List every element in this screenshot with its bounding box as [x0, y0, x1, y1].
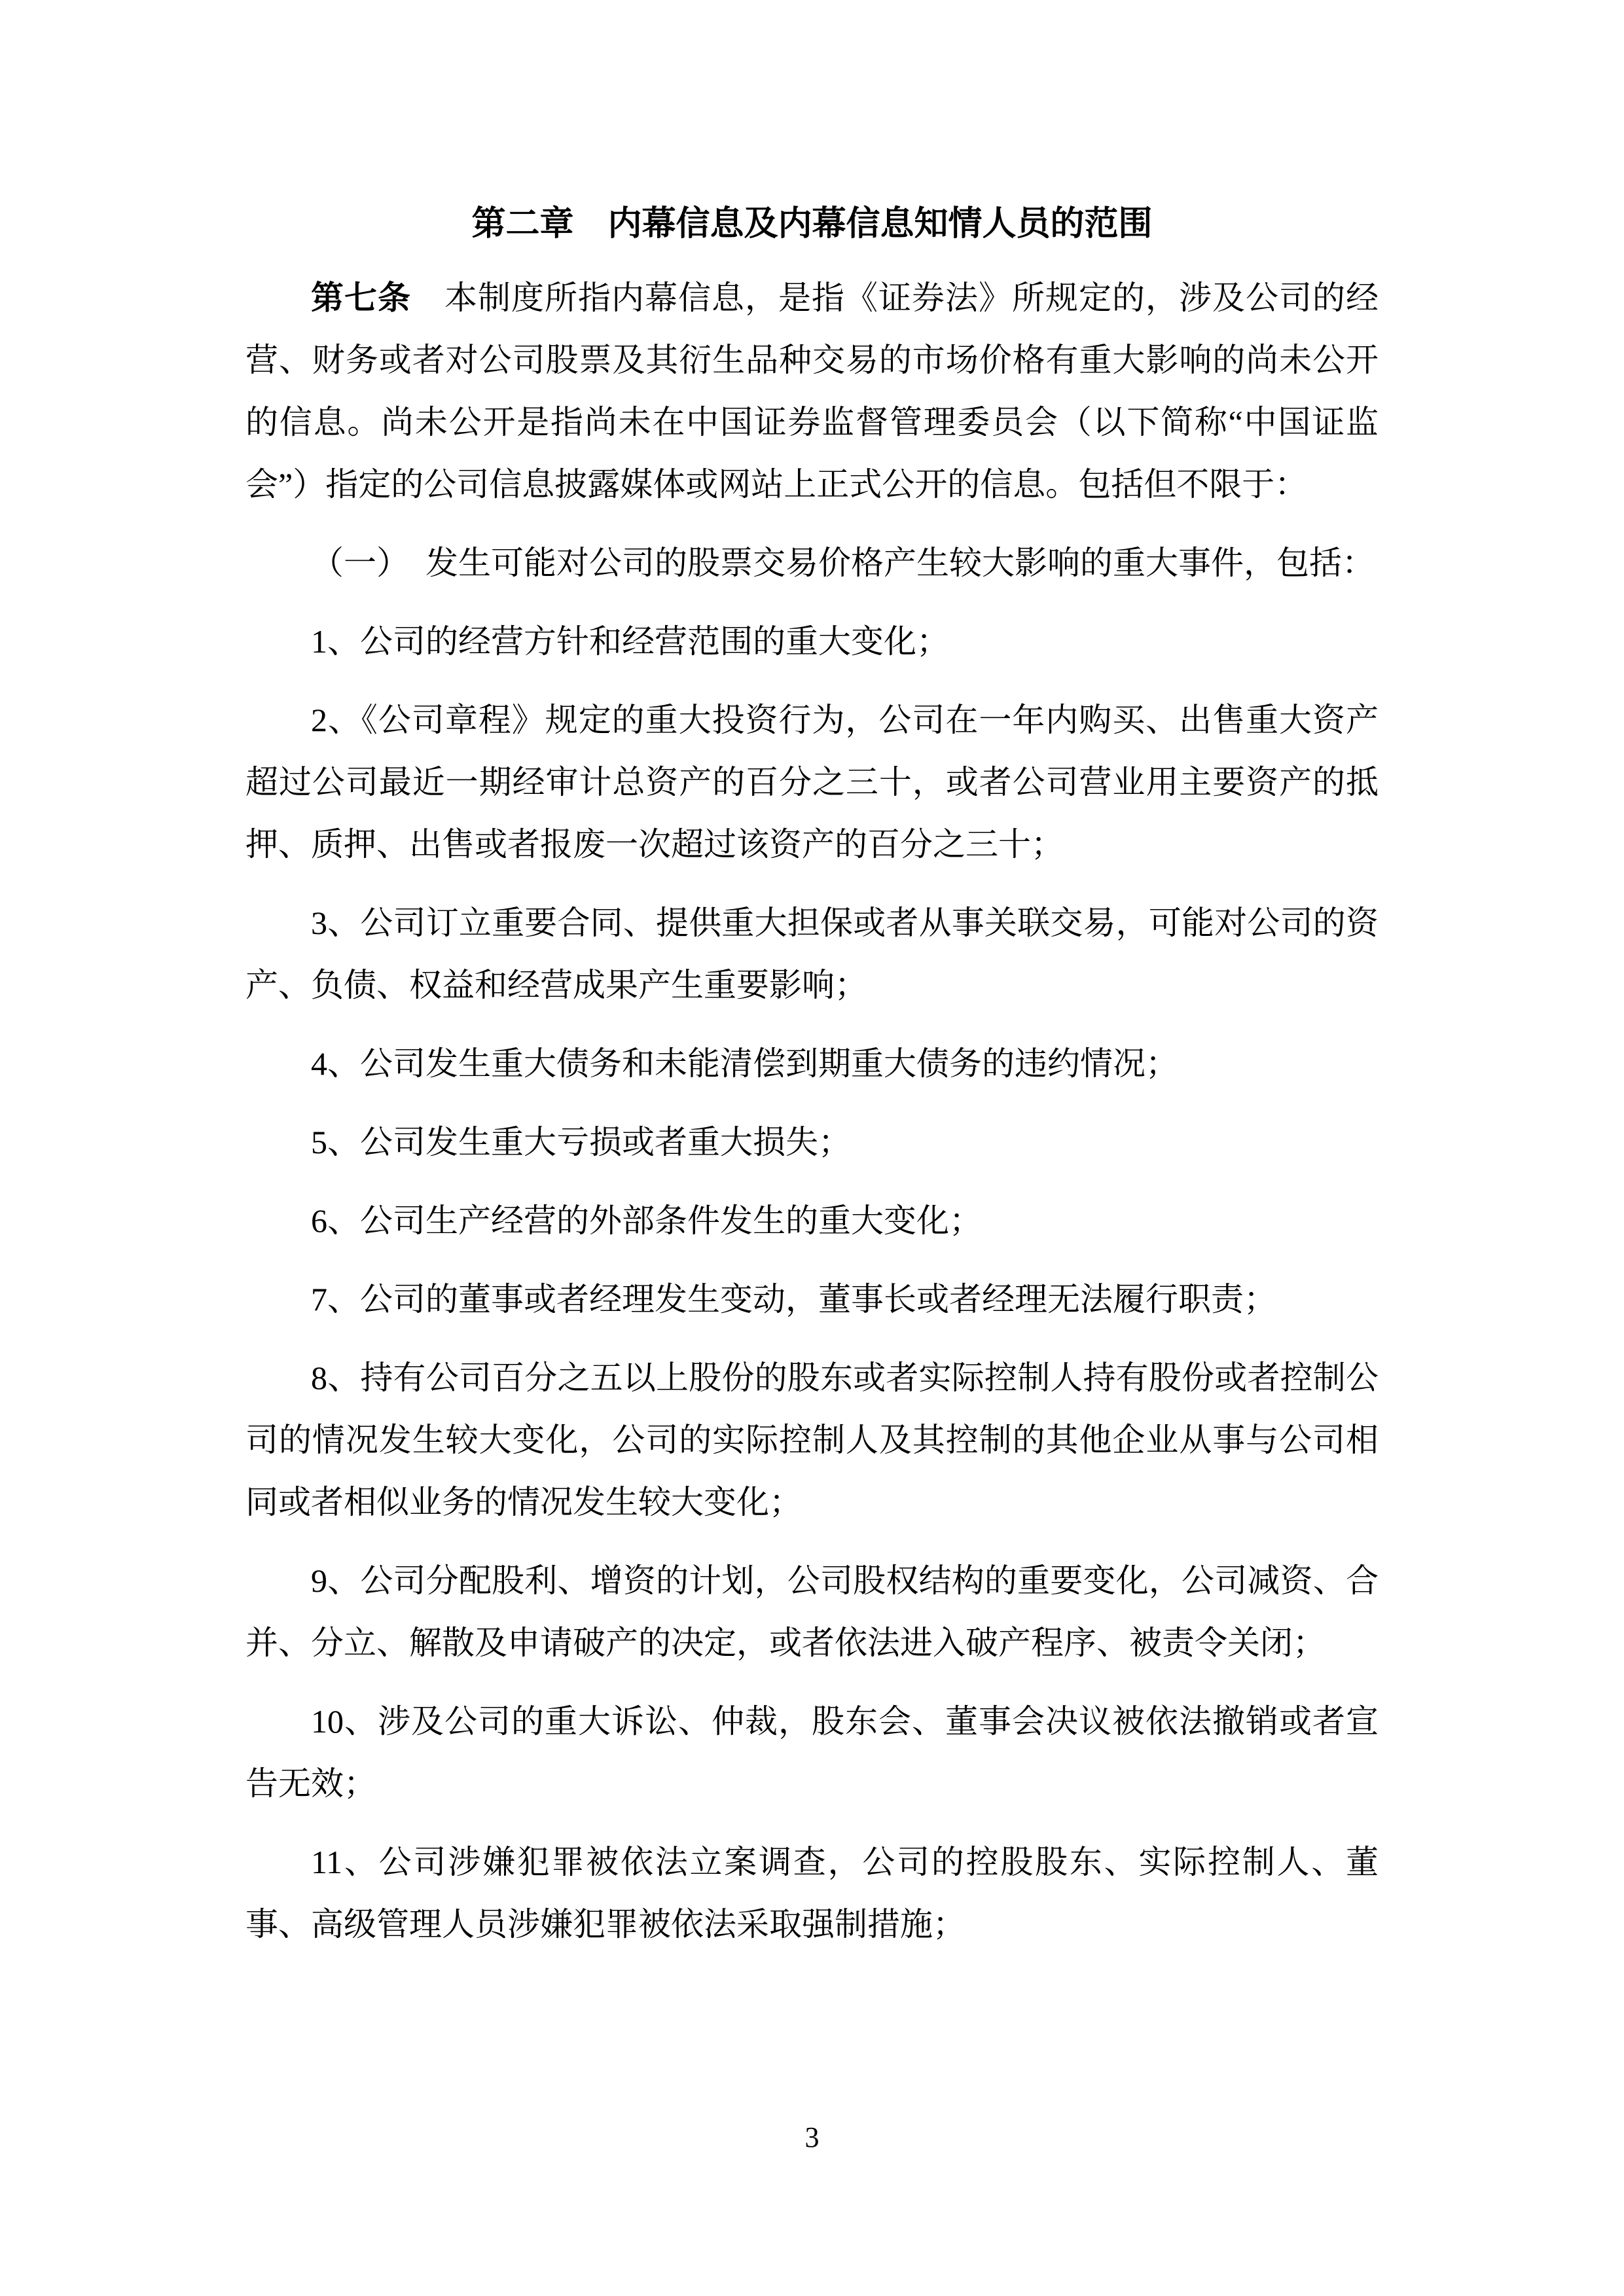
item-7: 7、公司的董事或者经理发生变动，董事长或者经理无法履行职责； — [245, 1268, 1379, 1331]
page-number: 3 — [0, 2119, 1624, 2156]
item-6: 6、公司生产经营的外部条件发生的重大变化； — [245, 1190, 1379, 1252]
article-7-number: 第七条 — [311, 279, 411, 316]
item-2: 2、《公司章程》规定的重大投资行为，公司在一年内购买、出售重大资产超过公司最近一… — [245, 689, 1379, 876]
item-4: 4、公司发生重大债务和未能清偿到期重大债务的违约情况； — [245, 1033, 1379, 1095]
article-7-paragraph: 第七条 本制度所指内幕信息，是指《证券法》所规定的，涉及公司的经营、财务或者对公… — [245, 267, 1379, 516]
item-3: 3、公司订立重要合同、提供重大担保或者从事关联交易，可能对公司的资产、负债、权益… — [245, 892, 1379, 1016]
section-1-heading: （一） 发生可能对公司的股票交易价格产生较大影响的重大事件，包括： — [245, 532, 1379, 594]
document-page: 第二章 内幕信息及内幕信息知情人员的范围 第七条 本制度所指内幕信息，是指《证券… — [0, 0, 1624, 2296]
item-11: 11、公司涉嫌犯罪被依法立案调查，公司的控股股东、实际控制人、董事、高级管理人员… — [245, 1831, 1379, 1956]
item-1: 1、公司的经营方针和经营范围的重大变化； — [245, 611, 1379, 673]
item-9: 9、公司分配股利、增资的计划，公司股权结构的重要变化，公司减资、合并、分立、解散… — [245, 1550, 1379, 1674]
item-10: 10、涉及公司的重大诉讼、仲裁，股东会、董事会决议被依法撤销或者宣告无效； — [245, 1691, 1379, 1815]
item-5: 5、公司发生重大亏损或者重大损失； — [245, 1111, 1379, 1174]
article-7-text: 本制度所指内幕信息，是指《证券法》所规定的，涉及公司的经营、财务或者对公司股票及… — [245, 279, 1379, 503]
chapter-title: 第二章 内幕信息及内幕信息知情人员的范围 — [245, 193, 1379, 255]
item-8: 8、持有公司百分之五以上股份的股东或者实际控制人持有股份或者控制公司的情况发生较… — [245, 1347, 1379, 1534]
